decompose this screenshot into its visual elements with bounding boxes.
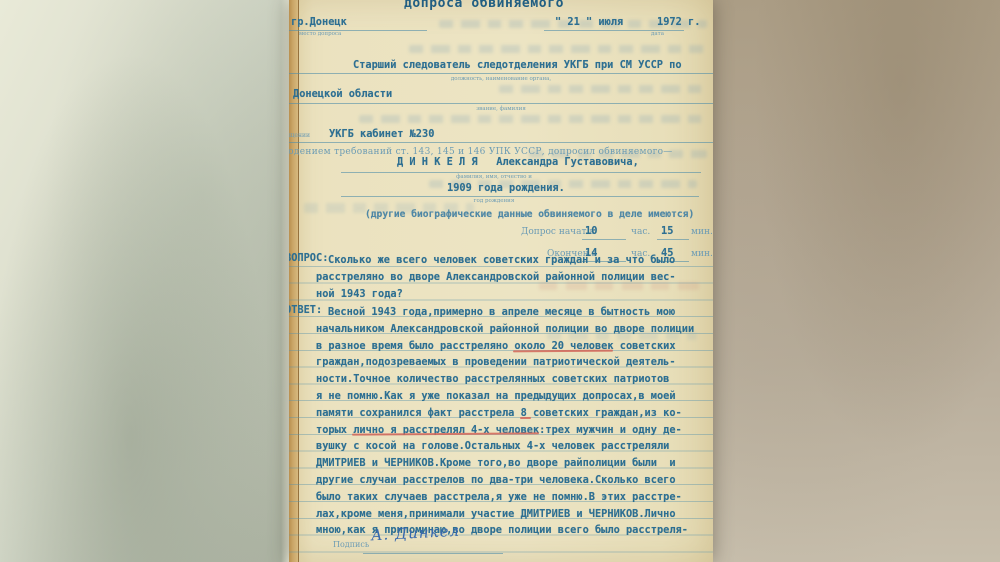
place-field-label: место допроса: [299, 31, 341, 37]
bleed-through-text: [409, 45, 707, 53]
background-left: [0, 0, 289, 562]
started-label: Допрос начат в: [521, 227, 594, 237]
red-underline-about-20-people: [513, 349, 613, 352]
question-line: Сколько же всего человек советских гражд…: [316, 252, 712, 269]
answer-line: начальником Александровской районной пол…: [316, 321, 712, 338]
answer-line: Весной 1943 года,примерно в апреле месяц…: [316, 304, 712, 321]
question-line: расстреляно во дворе Александровской рай…: [316, 269, 712, 286]
started-minute: 15: [661, 225, 673, 237]
photo-frame: допроса обвиняемого гр.Донецк место допр…: [0, 0, 1000, 562]
accused-name: Д И Н К Е Л Я Александра Густавовича,: [397, 156, 639, 168]
form-line: [289, 73, 713, 74]
document-page: допроса обвиняемого гр.Донецк место допр…: [289, 0, 713, 562]
answer-line: памяти сохранился факт расстрела 8 совет…: [316, 405, 712, 422]
answer-line: граждан,подозреваемых в проведении патри…: [316, 354, 712, 371]
answer-block: ОТВЕТ: Весной 1943 года,примерно в апрел…: [316, 304, 712, 539]
answer-line: другие случаи расстрелов по два-три чело…: [316, 472, 712, 489]
question-label: ВОПРОС:: [289, 252, 328, 264]
name-field-label: фамилия, имя, отчество и: [369, 174, 619, 180]
form-line: [582, 239, 626, 240]
investigator-line: Старший следователь следотделения УКГБ п…: [353, 59, 682, 71]
interrogation-place-value: гр.Донецк: [291, 16, 347, 28]
rank-field-label: звание, фамилия: [289, 106, 713, 112]
room-field-label: помещении: [289, 132, 310, 139]
answer-line: лах,кроме меня,принимали участие ДМИТРИЕ…: [316, 506, 712, 523]
region-line: Донецкой области: [293, 88, 392, 100]
hour-label: час.: [631, 227, 650, 237]
birth-year: 1909 года рождения.: [447, 182, 565, 194]
bio-note: (другие биографические данные обвиняемог…: [365, 209, 694, 220]
question-line: ной 1943 года?: [316, 286, 712, 303]
answer-label: ОТВЕТ:: [289, 304, 322, 316]
room-value: УКГБ кабинет №230: [329, 128, 434, 140]
document-title: допроса обвиняемого: [289, 0, 679, 11]
bleed-through-text: [359, 115, 707, 123]
signature-line: [363, 553, 503, 554]
answer-line: ности.Точное количество расстрелянных со…: [316, 371, 712, 388]
answer-line: ДМИТРИЕВ и ЧЕРНИКОВ.Кроме того,во дворе …: [316, 455, 712, 472]
minute-label: мин.: [691, 227, 713, 237]
form-line: [341, 172, 701, 173]
form-line: [341, 196, 699, 197]
answer-line: было таких случаев расстрела,я уже не по…: [316, 489, 712, 506]
date-year: 1972 г.: [657, 16, 700, 28]
started-hour: 10: [585, 225, 597, 237]
form-line: [289, 103, 713, 104]
position-field-label: должность, наименование органа,: [289, 76, 713, 82]
background-right: [713, 0, 1000, 562]
date-field-label: дата: [651, 31, 664, 37]
form-line: [657, 239, 689, 240]
red-underline-8: [520, 417, 531, 419]
answer-line: торых лично я расстрелял 4-х человек:тре…: [316, 422, 712, 439]
question-block: ВОПРОС: Сколько же всего человек советск…: [316, 252, 712, 303]
birth-field-label: год рождения: [369, 198, 619, 204]
answer-line: вушку с косой на голове.Остальных 4-х че…: [316, 438, 712, 455]
bleed-through-text: [499, 85, 707, 93]
answer-line: я не помню.Как я уже показал на предыдущ…: [316, 388, 712, 405]
signature-label: Подпись: [333, 540, 369, 549]
form-line: [289, 142, 713, 143]
date-value: " 21 " июля: [555, 16, 623, 28]
